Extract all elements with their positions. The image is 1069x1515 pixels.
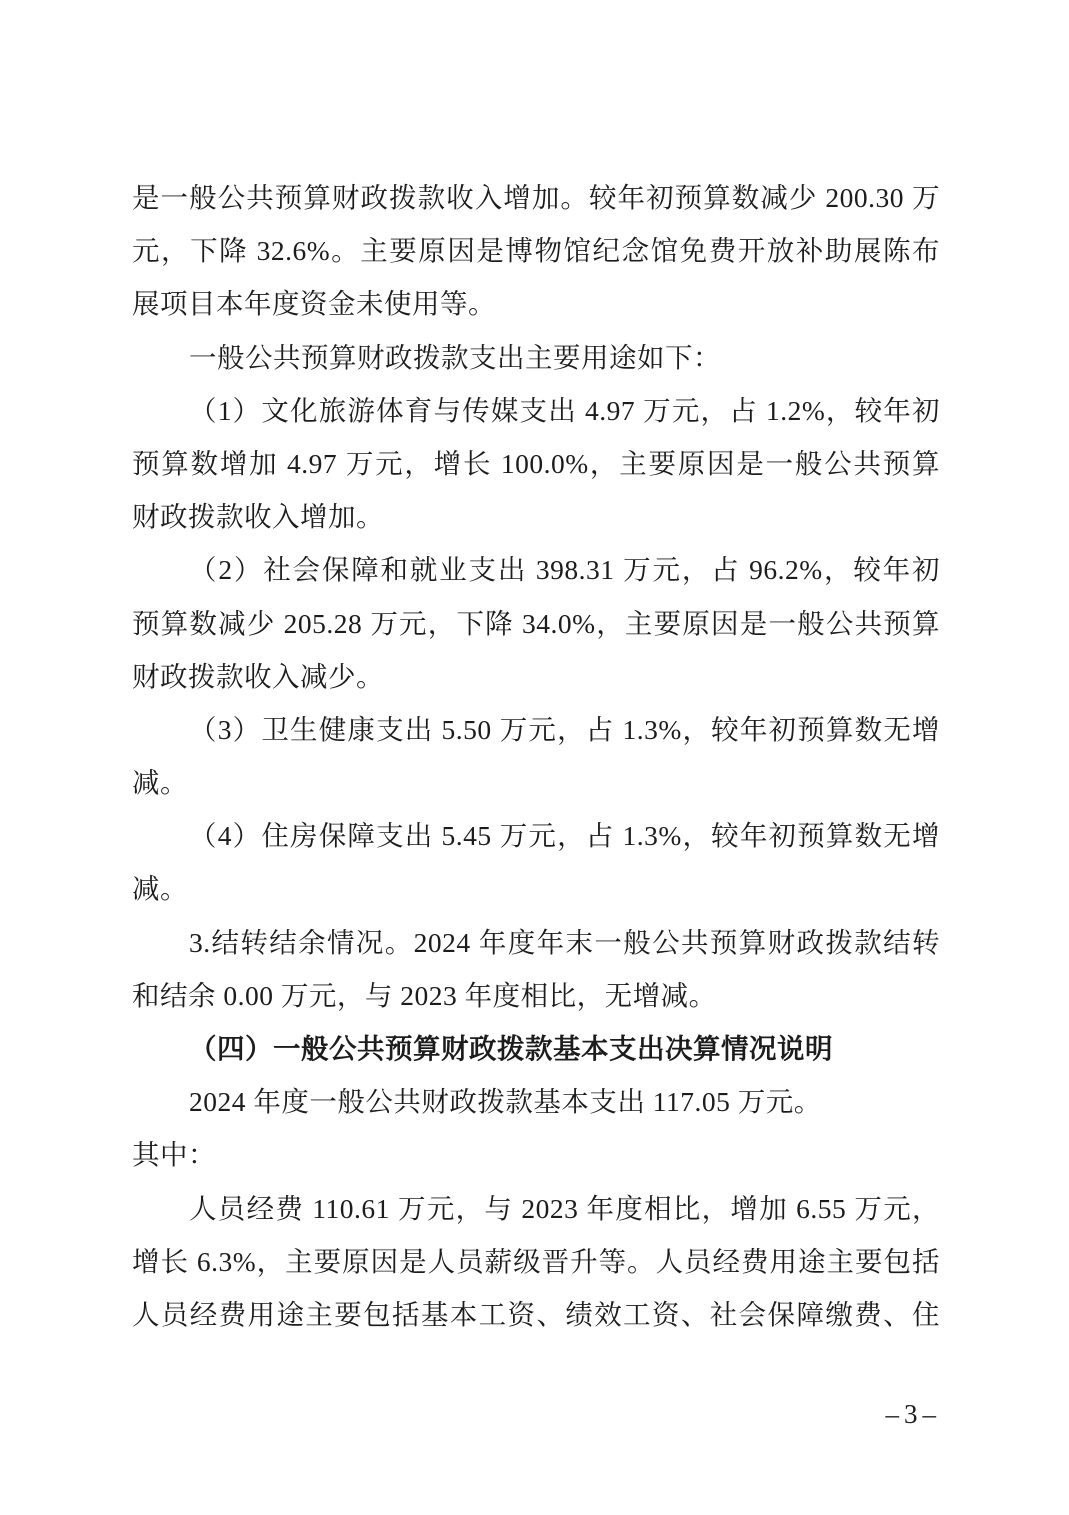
document-page: 是一般公共预算财政拨款收入增加。较年初预算数减少 200.30 万元，下降 32… — [0, 0, 1069, 1515]
text-line: 预算数增加 4.97 万元，增长 100.0%，主要原因是一般公共预算 — [132, 437, 940, 490]
text-line: （3）卫生健康支出 5.50 万元，占 1.3%，较年初预算数无增 — [132, 703, 940, 756]
text-line: （2）社会保障和就业支出 398.31 万元，占 96.2%，较年初 — [132, 543, 940, 596]
text-line: 财政拨款收入增加。 — [132, 490, 940, 543]
text-line: 减。 — [132, 862, 940, 915]
text-line: 财政拨款收入减少。 — [132, 650, 940, 703]
text-line: 其中： — [132, 1128, 940, 1181]
text-line: 减。 — [132, 756, 940, 809]
section-heading-line: （四）一般公共预算财政拨款基本支出决算情况说明 — [132, 1022, 940, 1075]
text-line: 一般公共预算财政拨款支出主要用途如下： — [132, 331, 940, 384]
text-line: 展项目本年度资金未使用等。 — [132, 277, 940, 330]
text-line: （4）住房保障支出 5.45 万元，占 1.3%，较年初预算数无增 — [132, 809, 940, 862]
text-line: 预算数减少 205.28 万元，下降 34.0%，主要原因是一般公共预算 — [132, 597, 940, 650]
text-line: 是一般公共预算财政拨款收入增加。较年初预算数减少 200.30 万 — [132, 171, 940, 224]
text-line: 3.结转结余情况。2024 年度年末一般公共预算财政拨款结转 — [132, 916, 940, 969]
text-line: 人员经费 110.61 万元，与 2023 年度相比，增加 6.55 万元， — [132, 1182, 940, 1235]
text-line: 人员经费用途主要包括基本工资、绩效工资、社会保障缴费、住 — [132, 1288, 940, 1341]
text-line: 增长 6.3%，主要原因是人员薪级晋升等。人员经费用途主要包括 — [132, 1235, 940, 1288]
text-line: 和结余 0.00 万元，与 2023 年度相比，无增减。 — [132, 969, 940, 1022]
text-line: 元，下降 32.6%。主要原因是博物馆纪念馆免费开放补助展陈布 — [132, 224, 940, 277]
document-body: 是一般公共预算财政拨款收入增加。较年初预算数减少 200.30 万元，下降 32… — [132, 171, 940, 1341]
text-line: 2024 年度一般公共财政拨款基本支出 117.05 万元。 — [132, 1075, 940, 1128]
text-line: （1）文化旅游体育与传媒支出 4.97 万元，占 1.2%，较年初 — [132, 384, 940, 437]
page-number: –3– — [886, 1398, 942, 1430]
